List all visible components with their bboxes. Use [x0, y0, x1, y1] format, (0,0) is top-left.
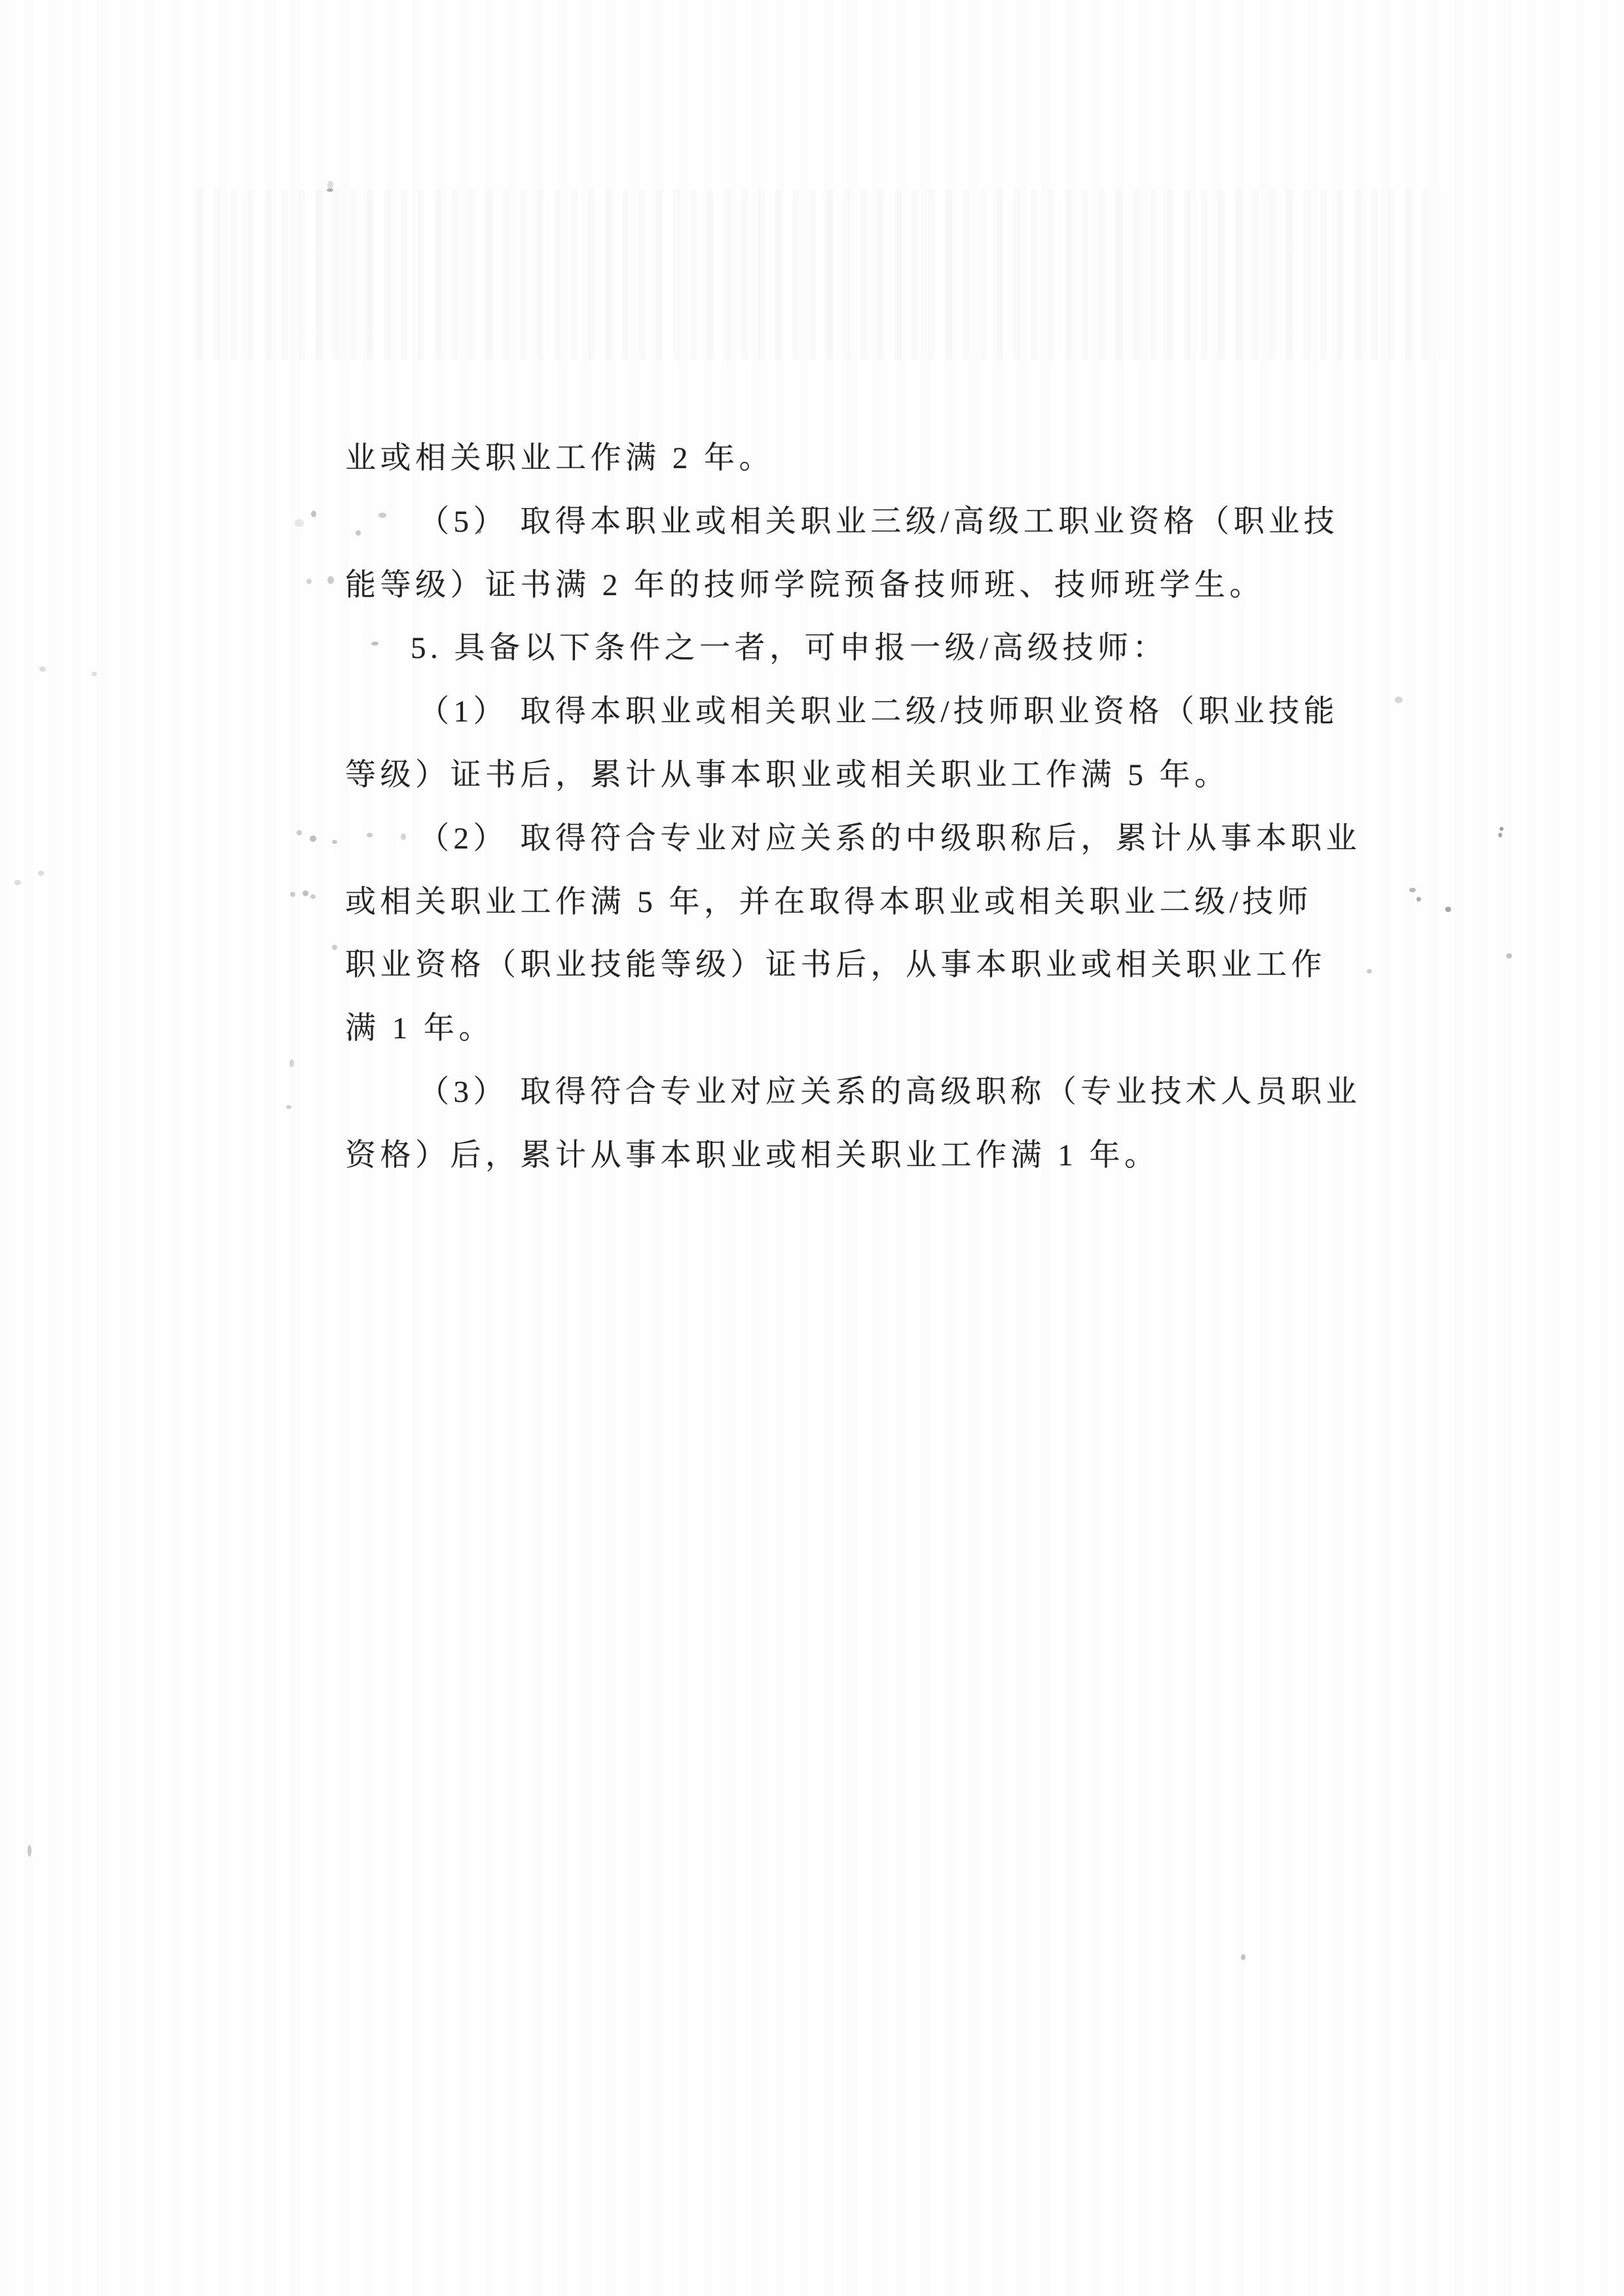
text-line-3: 能等级）证书满 2 年的技师学院预备技师班、技师班学生。 — [345, 554, 1393, 617]
scan-noise-speck — [28, 1845, 31, 1857]
text-line-9: 职业资格（职业技能等级）证书后，从事本职业或相关职业工作 — [345, 934, 1393, 997]
scan-noise-speck — [1367, 969, 1372, 974]
scan-noise-speck — [303, 890, 308, 896]
scan-noise-speck — [1395, 697, 1403, 703]
scan-noise-speck — [290, 892, 295, 897]
scan-noise-speck — [297, 830, 302, 835]
text-line-5: （1） 取得本职业或相关职业二级/技师职业资格（职业技能 — [345, 680, 1393, 744]
scan-noise-speck — [371, 642, 378, 646]
text-line-10: 满 1 年。 — [345, 997, 1393, 1061]
scan-noise-speck — [327, 576, 334, 584]
text-line-2: （5） 取得本职业或相关职业三级/高级工职业资格（职业技 — [345, 490, 1393, 554]
scan-noise-speck — [356, 530, 361, 536]
scan-noise-speck — [477, 529, 481, 534]
scan-noise-speck — [1445, 907, 1451, 912]
text-line-6: 等级）证书后，累计从事本职业或相关职业工作满 5 年。 — [345, 744, 1393, 807]
scanned-page: 业或相关职业工作满 2 年。 （5） 取得本职业或相关职业三级/高级工职业资格（… — [0, 0, 1624, 2296]
scan-noise-speck — [289, 1059, 294, 1067]
scan-noise-speck — [332, 945, 337, 950]
scan-noise-speck — [311, 511, 316, 517]
scan-noise-speck — [92, 672, 97, 676]
text-line-11: （3） 取得符合专业对应关系的高级职称（专业技术人员职业 — [345, 1061, 1393, 1124]
scan-noise-speck — [1500, 827, 1504, 831]
text-line-7: （2） 取得符合专业对应关系的中级职称后，累计从事本职业 — [345, 807, 1393, 871]
text-line-1: 业或相关职业工作满 2 年。 — [345, 427, 1393, 490]
scan-noise-speck — [14, 880, 21, 885]
scan-noise-speck — [286, 1105, 291, 1109]
scan-noise-speck — [1498, 833, 1502, 837]
scan-noise-speck — [306, 579, 312, 584]
scan-noise-speck — [332, 840, 337, 844]
document-text-block: 业或相关职业工作满 2 年。 （5） 取得本职业或相关职业三级/高级工职业资格（… — [345, 427, 1393, 1188]
scan-noise-speck — [367, 833, 373, 837]
scan-noise-speck — [1409, 888, 1416, 892]
scan-noise-speck — [310, 835, 316, 842]
scan-noise-speck — [1506, 953, 1512, 958]
scan-noise-speck — [310, 894, 316, 899]
scan-streaks-band — [196, 190, 1441, 360]
text-line-4: 5. 具备以下条件之一者，可申报一级/高级技师： — [345, 617, 1393, 680]
scan-noise-speck — [39, 666, 46, 672]
scan-noise-speck — [378, 513, 386, 518]
scan-noise-speck — [1241, 1954, 1246, 1960]
text-line-8: 或相关职业工作满 5 年，并在取得本职业或相关职业二级/技师 — [345, 871, 1393, 934]
scan-noise-speck — [38, 871, 44, 876]
scan-noise-speck — [295, 519, 304, 527]
scan-noise-speck — [327, 189, 333, 192]
scan-noise-speck — [1416, 897, 1421, 902]
scan-noise-speck — [401, 833, 406, 840]
text-line-12: 资格）后，累计从事本职业或相关职业工作满 1 年。 — [345, 1124, 1393, 1188]
